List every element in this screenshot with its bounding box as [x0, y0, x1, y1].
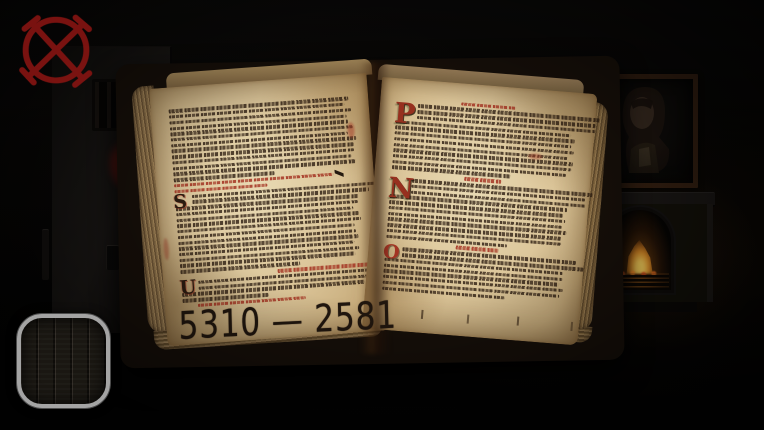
door-bracket [106, 245, 119, 270]
illuminated-initial: U [179, 278, 197, 298]
illuminated-initial: P [393, 99, 416, 129]
manuscript-book[interactable]: SU PNO 5310 — 2581 [132, 58, 610, 370]
game-scene: SU PNO 5310 — 2581 [0, 0, 764, 430]
inventory-slot-wood-planks[interactable] [17, 314, 110, 408]
illuminated-initial: S [173, 192, 188, 212]
red-margin-note [163, 238, 170, 260]
manuscript-text-right: PNO [382, 97, 580, 304]
door-handle [42, 229, 49, 280]
circled-x-icon [8, 3, 103, 98]
close-button[interactable] [10, 5, 102, 97]
manuscript-text-left: SU [169, 96, 369, 308]
illuminated-initial: N [387, 174, 415, 204]
